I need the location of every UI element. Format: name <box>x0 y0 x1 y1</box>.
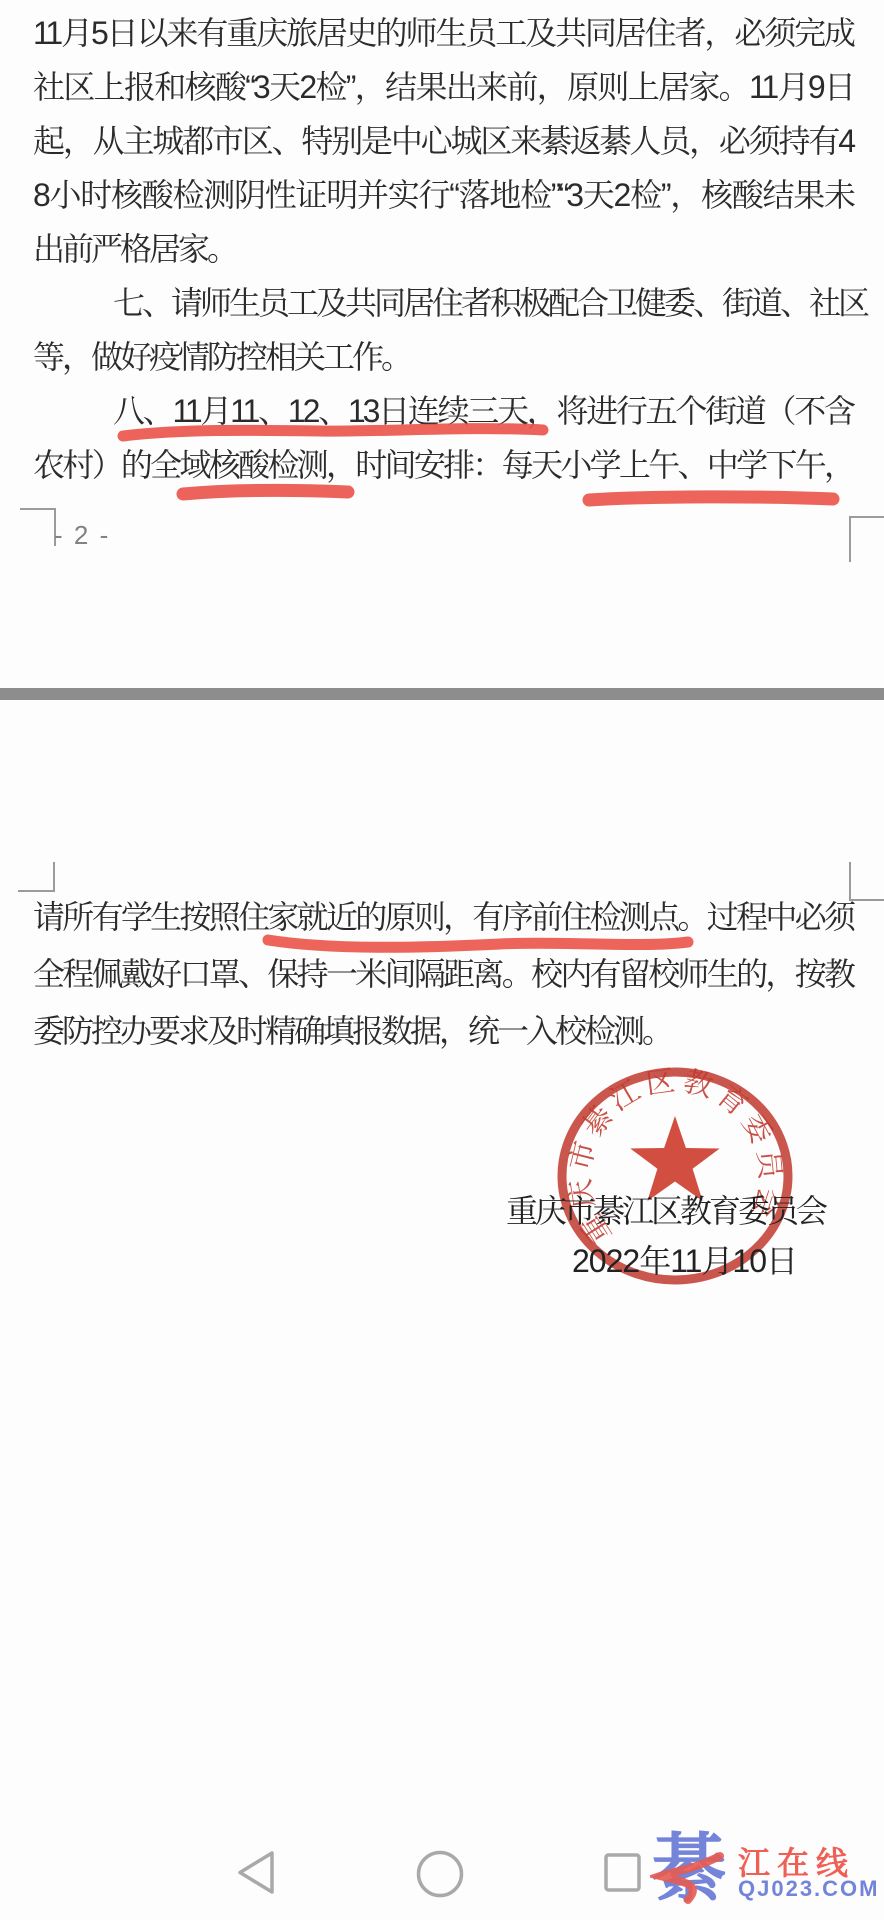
body-line: 农村）的全域核酸检测，时间安排：每天小学上午、中学下午， <box>33 438 853 492</box>
page-number: - 2 - <box>54 520 110 551</box>
body-line: 七、请师生员工及共同居住者积极配合卫健委、街道、社区 <box>33 276 853 330</box>
body-line: 委防控办要求及时精确填报数据，统一入校检测。 <box>33 1003 853 1060</box>
body-line: 8小时核酸检测阴性证明并实行“落地检”“3天2检”，核酸结果未 <box>33 168 853 222</box>
signature-org: 重庆市綦江区教育委员会 <box>506 1186 825 1232</box>
back-icon[interactable] <box>240 1853 272 1892</box>
body-line: 全程佩戴好口罩、保持一米间隔距离。校内有留校师生的，按教 <box>33 946 853 1003</box>
phone-screenshot: 11月5日以来有重庆旅居史的师生员工及共同居住者，必须完成 社区上报和核酸“3天… <box>0 0 884 1920</box>
body-line: 等，做好疫情防控相关工作。 <box>33 330 853 384</box>
margin-crop-mark <box>849 862 884 901</box>
body-line: 八、11月11、12、13日连续三天，将进行五个街道（不含 <box>33 384 853 438</box>
red-underline-annotation <box>589 497 833 500</box>
navigation-bar <box>0 1830 884 1920</box>
margin-crop-mark <box>849 516 884 562</box>
body-line: 社区上报和核酸“3天2检”，结果出来前，原则上居家。11月9日 <box>33 60 853 114</box>
body-line: 11月5日以来有重庆旅居史的师生员工及共同居住者，必须完成 <box>33 6 853 60</box>
recents-icon[interactable] <box>606 1855 639 1890</box>
page-divider <box>0 688 884 700</box>
signature-date: 2022年11月10日 <box>572 1236 797 1282</box>
margin-crop-mark <box>20 508 56 546</box>
body-line: 起，从主城都市区、特别是中心城区来綦返綦人员，必须持有4 <box>33 114 853 168</box>
home-icon[interactable] <box>419 1853 462 1896</box>
margin-crop-mark <box>18 862 55 892</box>
body-line: 请所有学生按照住家就近的原则，有序前住检测点。过程中必须 <box>33 889 853 946</box>
body-line: 出前严格居家。 <box>33 222 853 276</box>
